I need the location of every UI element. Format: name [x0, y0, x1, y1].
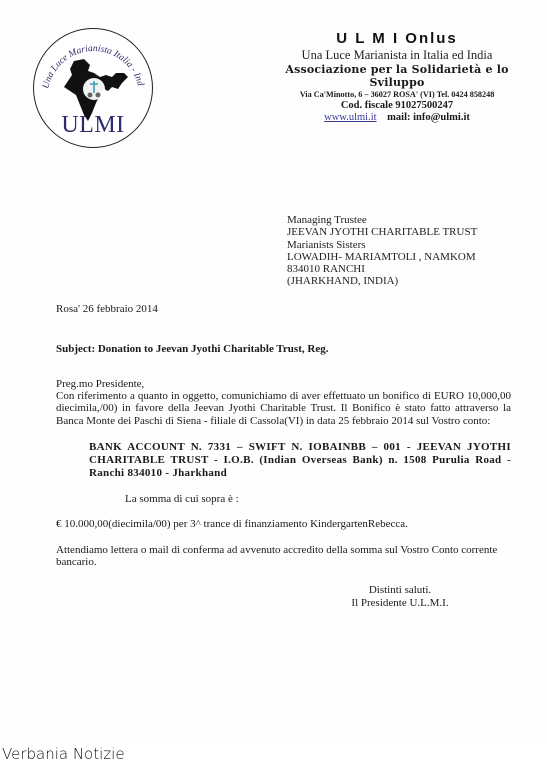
body-paragraph: Con riferimento a quanto in oggetto, com…	[56, 390, 511, 427]
letterhead: U L M I Onlus Una Luce Marianista in Ita…	[262, 30, 532, 123]
amount-line: € 10.000,00(diecimila/00) per 3^ trance …	[56, 518, 408, 530]
recipient-address: Managing Trustee JEEVAN JYOTHI CHARITABL…	[287, 214, 477, 288]
recipient-line: JEEVAN JYOTHI CHARITABLE TRUST	[287, 226, 477, 238]
salutation: Preg.mo Presidente,	[56, 378, 511, 390]
org-subtitle: Una Luce Marianista in Italia ed India	[262, 48, 532, 63]
recipient-line: 834010 RANCHI	[287, 263, 477, 275]
letter-subject: Subject: Donation to Jeevan Jyothi Chari…	[56, 343, 328, 355]
recipient-line: Marianists Sisters	[287, 239, 477, 251]
closing-paragraph: Attendiamo lettera o mail di conferma ad…	[56, 544, 511, 568]
org-contacts: www.ulmi.it mail: info@ulmi.it	[262, 112, 532, 123]
org-title: U L M I Onlus	[262, 30, 532, 47]
letter-date: Rosa' 26 febbraio 2014	[56, 303, 158, 315]
website-link[interactable]: www.ulmi.it	[324, 112, 376, 123]
watermark: Verbania Notizie	[2, 745, 125, 763]
org-fiscal-code: Cod. fiscale 91027500247	[262, 100, 532, 111]
signer: Il Presidente U.L.M.I.	[325, 597, 475, 610]
sum-intro: La somma di cui sopra è :	[125, 493, 239, 505]
ulmi-logo: Una Luce Marianista Italia - India ULMI	[33, 28, 153, 148]
bank-details: BANK ACCOUNT N. 7331 – SWIFT N. IOBAINBB…	[89, 441, 511, 480]
letter-body: Preg.mo Presidente, Con riferimento a qu…	[56, 378, 511, 427]
org-address: Via Ca'Minotto, 6 – 36027 ROSA' (VI) Tel…	[262, 90, 532, 99]
email-address: mail: info@ulmi.it	[387, 112, 470, 123]
signature-block: Distinti saluti. Il Presidente U.L.M.I.	[325, 584, 475, 609]
recipient-line: LOWADIH- MARIAMTOLI , NAMKOM	[287, 251, 477, 263]
recipient-line: Managing Trustee	[287, 214, 477, 226]
letter-page: Una Luce Marianista Italia - India ULMI …	[0, 0, 547, 738]
org-association: Associazione per la Solidarietà e lo Svi…	[262, 63, 532, 89]
closing-greeting: Distinti saluti.	[325, 584, 475, 597]
logo-acronym: ULMI	[34, 112, 152, 139]
recipient-line: (JHARKHAND, INDIA)	[287, 275, 477, 287]
